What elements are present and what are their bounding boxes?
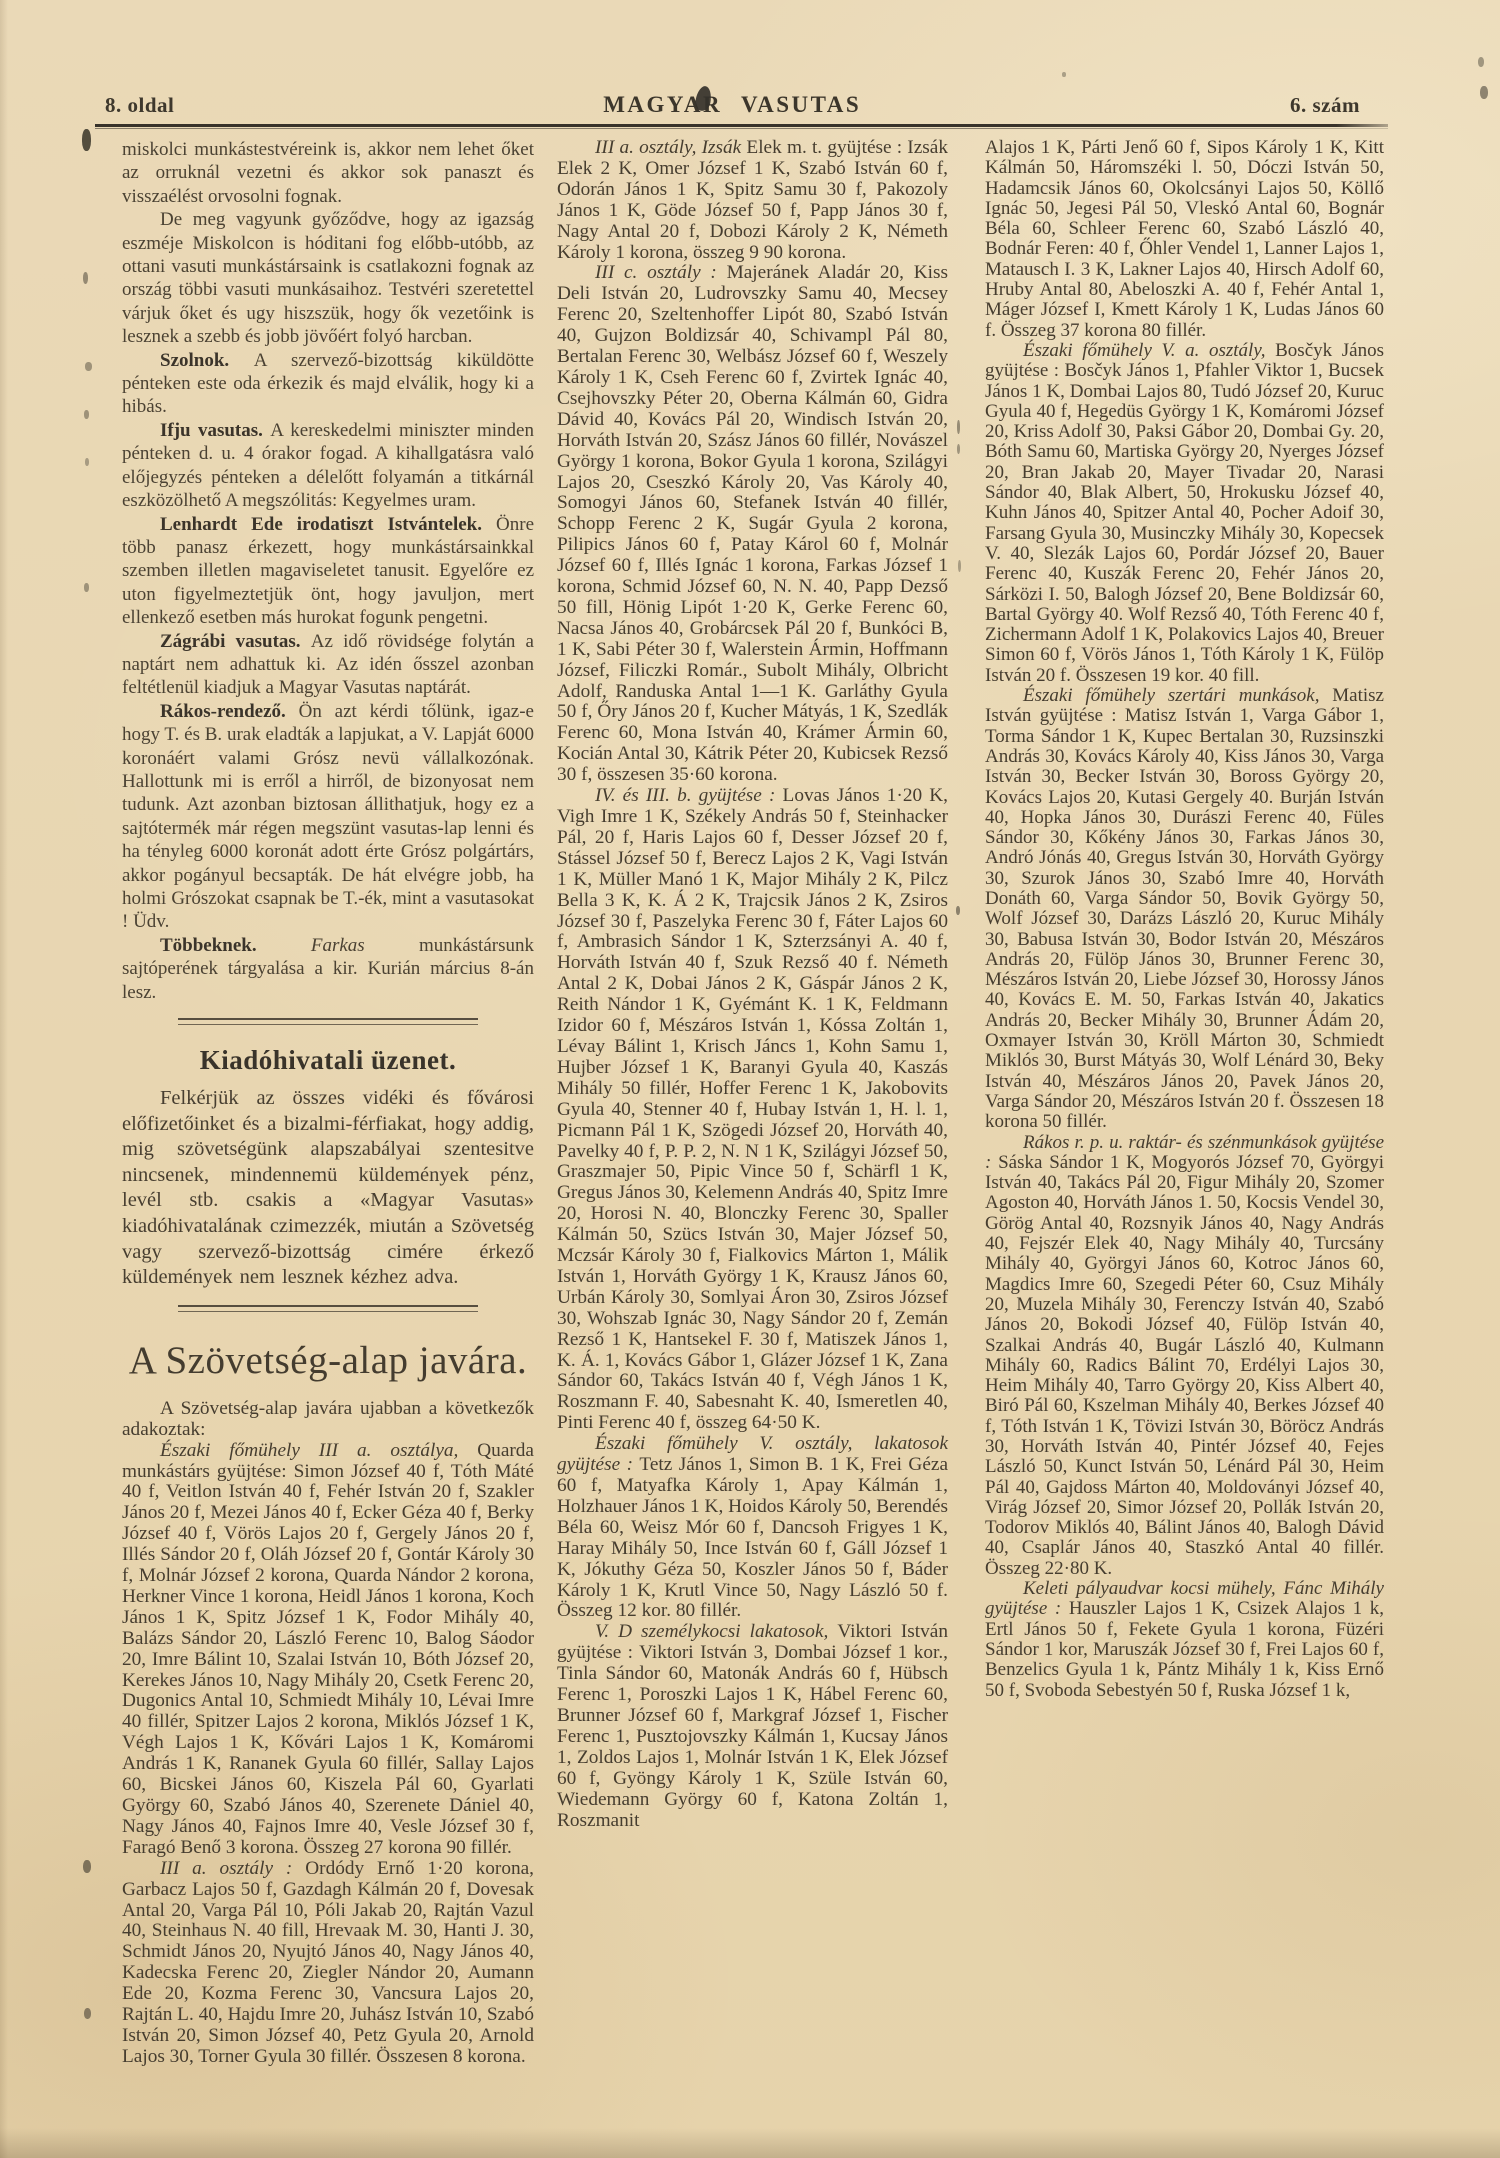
paragraph: V. D személykocsi lakatosok, Viktori Ist…	[557, 1622, 948, 1831]
issue-number-label: 6. szám	[1290, 93, 1360, 118]
paragraph: Zágrábi vasutas. Az idő rövidsége folytá…	[122, 630, 534, 700]
paragraph-lead-italic: Keleti pályaudvar kocsi mühely, Fánc Mih…	[985, 1578, 1384, 1619]
scan-speck	[958, 560, 961, 572]
paragraph-lead-italic: III c. osztály :	[595, 262, 727, 283]
column-2: III a. osztály, Izsák Elek m. t. gyüjtés…	[557, 138, 948, 1831]
paragraph-lead: Ifju vasutas.	[160, 420, 270, 441]
section-divider	[178, 1305, 478, 1312]
masthead: 8. oldal MAGYAR VASUTAS 6. szám	[95, 92, 1388, 118]
paragraph-lead-italic: III a. osztály :	[160, 1858, 305, 1879]
scan-speck	[1062, 72, 1066, 77]
paragraph: III a. osztály, Izsák Elek m. t. gyüjtés…	[557, 138, 948, 263]
paragraph-lead-italic: III a. osztály, Izsák	[595, 137, 746, 158]
paragraph-lead-italic: Északi főmühely szertári munkások,	[1023, 685, 1332, 706]
paragraph: Északi főmühely szertári munkások, Matis…	[985, 686, 1384, 1133]
scan-speck	[84, 2008, 91, 2019]
scan-speck	[957, 444, 960, 454]
scan-speck	[83, 1860, 91, 1873]
paragraph-lead: Rákos-rendező.	[160, 701, 299, 722]
paragraph: Ifju vasutas. A kereskedelmi miniszter m…	[122, 419, 534, 513]
paragraph-lead-italic: Északi főmühely V. osztály, lakatosok gy…	[557, 1433, 948, 1475]
paragraph: Északi főmühely V. osztály, lakatosok gy…	[557, 1434, 948, 1622]
paragraph: Északi főmühely III a. osztálya, Quarda …	[122, 1441, 534, 1859]
paragraph-lead-italic: V. D személykocsi lakatosok,	[595, 1621, 837, 1642]
scan-speck	[1480, 86, 1488, 99]
paragraph: A Szövetség-alap javára ujabban a követk…	[122, 1399, 534, 1441]
paragraph-lead-italic: Északi főmühely V. a. osztály,	[1023, 340, 1275, 361]
newspaper-page: 8. oldal MAGYAR VASUTAS 6. szám miskolci…	[0, 0, 1500, 2158]
paragraph-lead-italic: Északi főmühely III a. osztálya,	[160, 1440, 477, 1461]
scan-speck	[85, 458, 89, 466]
paragraph-lead-italic: Farkas	[311, 935, 419, 956]
paragraph: Rákos r. p. u. raktár- és szénmunkások g…	[985, 1133, 1384, 1580]
paragraph: Lenhardt Ede irodatiszt Istvántelek. Önr…	[122, 513, 534, 630]
section-headline: A Szövetség-alap javára.	[122, 1338, 534, 1383]
paragraph-lead-italic: IV. és III. b. gyüjtése :	[595, 785, 783, 806]
masthead-rule	[95, 124, 1388, 130]
scan-speck	[956, 906, 960, 915]
paragraph: Északi főmühely V. a. osztály, Bosčyk Já…	[985, 341, 1384, 686]
column-3: Alajos 1 K, Párti Jenő 60 f, Sipos Károl…	[985, 138, 1384, 1701]
page-edge-shade	[0, 0, 8, 2158]
paragraph-lead: Többeknek.	[160, 935, 311, 956]
scan-speck	[85, 362, 92, 371]
scan-speck	[84, 583, 89, 592]
paragraph: Alajos 1 K, Párti Jenő 60 f, Sipos Károl…	[985, 138, 1384, 341]
section-subheadline: Kiadóhivatali üzenet.	[122, 1045, 534, 1076]
scan-speck	[83, 272, 88, 284]
paragraph-lead: Zágrábi vasutas.	[160, 631, 311, 652]
paragraph: III c. osztály : Majeránek Aladár 20, Ki…	[557, 263, 948, 786]
paragraph: De meg vagyunk győződve, hogy az igazság…	[122, 208, 534, 348]
paragraph-lead: Szolnok.	[160, 350, 254, 371]
paragraph-lead: Lenhardt Ede irodatiszt Istvántelek.	[160, 514, 496, 535]
paragraph: Keleti pályaudvar kocsi mühely, Fánc Mih…	[985, 1579, 1384, 1701]
paragraph: Szolnok. A szervező-bizottság kiküldötte…	[122, 349, 534, 419]
paragraph: Felkérjük az összes vidéki és fővárosi e…	[122, 1086, 534, 1291]
page-number-label: 8. oldal	[105, 93, 174, 118]
paragraph: IV. és III. b. gyüjtése : Lovas János 1·…	[557, 786, 948, 1434]
paragraph: Rákos-rendező. Ön azt kérdi tőlünk, igaz…	[122, 700, 534, 934]
scan-speck	[84, 410, 89, 419]
paragraph: III a. osztály : Ordódy Ernő 1·20 korona…	[122, 1859, 534, 2068]
scan-speck	[1478, 57, 1484, 67]
paragraph-lead-italic: Rákos r. p. u. raktár- és szénmunkások g…	[985, 1132, 1384, 1173]
newspaper-title: MAGYAR VASUTAS	[603, 92, 861, 118]
page-bottom-shade	[0, 2128, 1500, 2158]
paragraph: Többeknek. Farkas munkástársunk sajtóper…	[122, 934, 534, 1004]
column-1: miskolci munkástestvéreink is, akkor nem…	[122, 138, 534, 2068]
paragraph: miskolci munkástestvéreink is, akkor nem…	[122, 138, 534, 208]
scan-speck	[957, 420, 960, 434]
scan-speck	[82, 129, 91, 151]
section-divider	[178, 1018, 478, 1025]
